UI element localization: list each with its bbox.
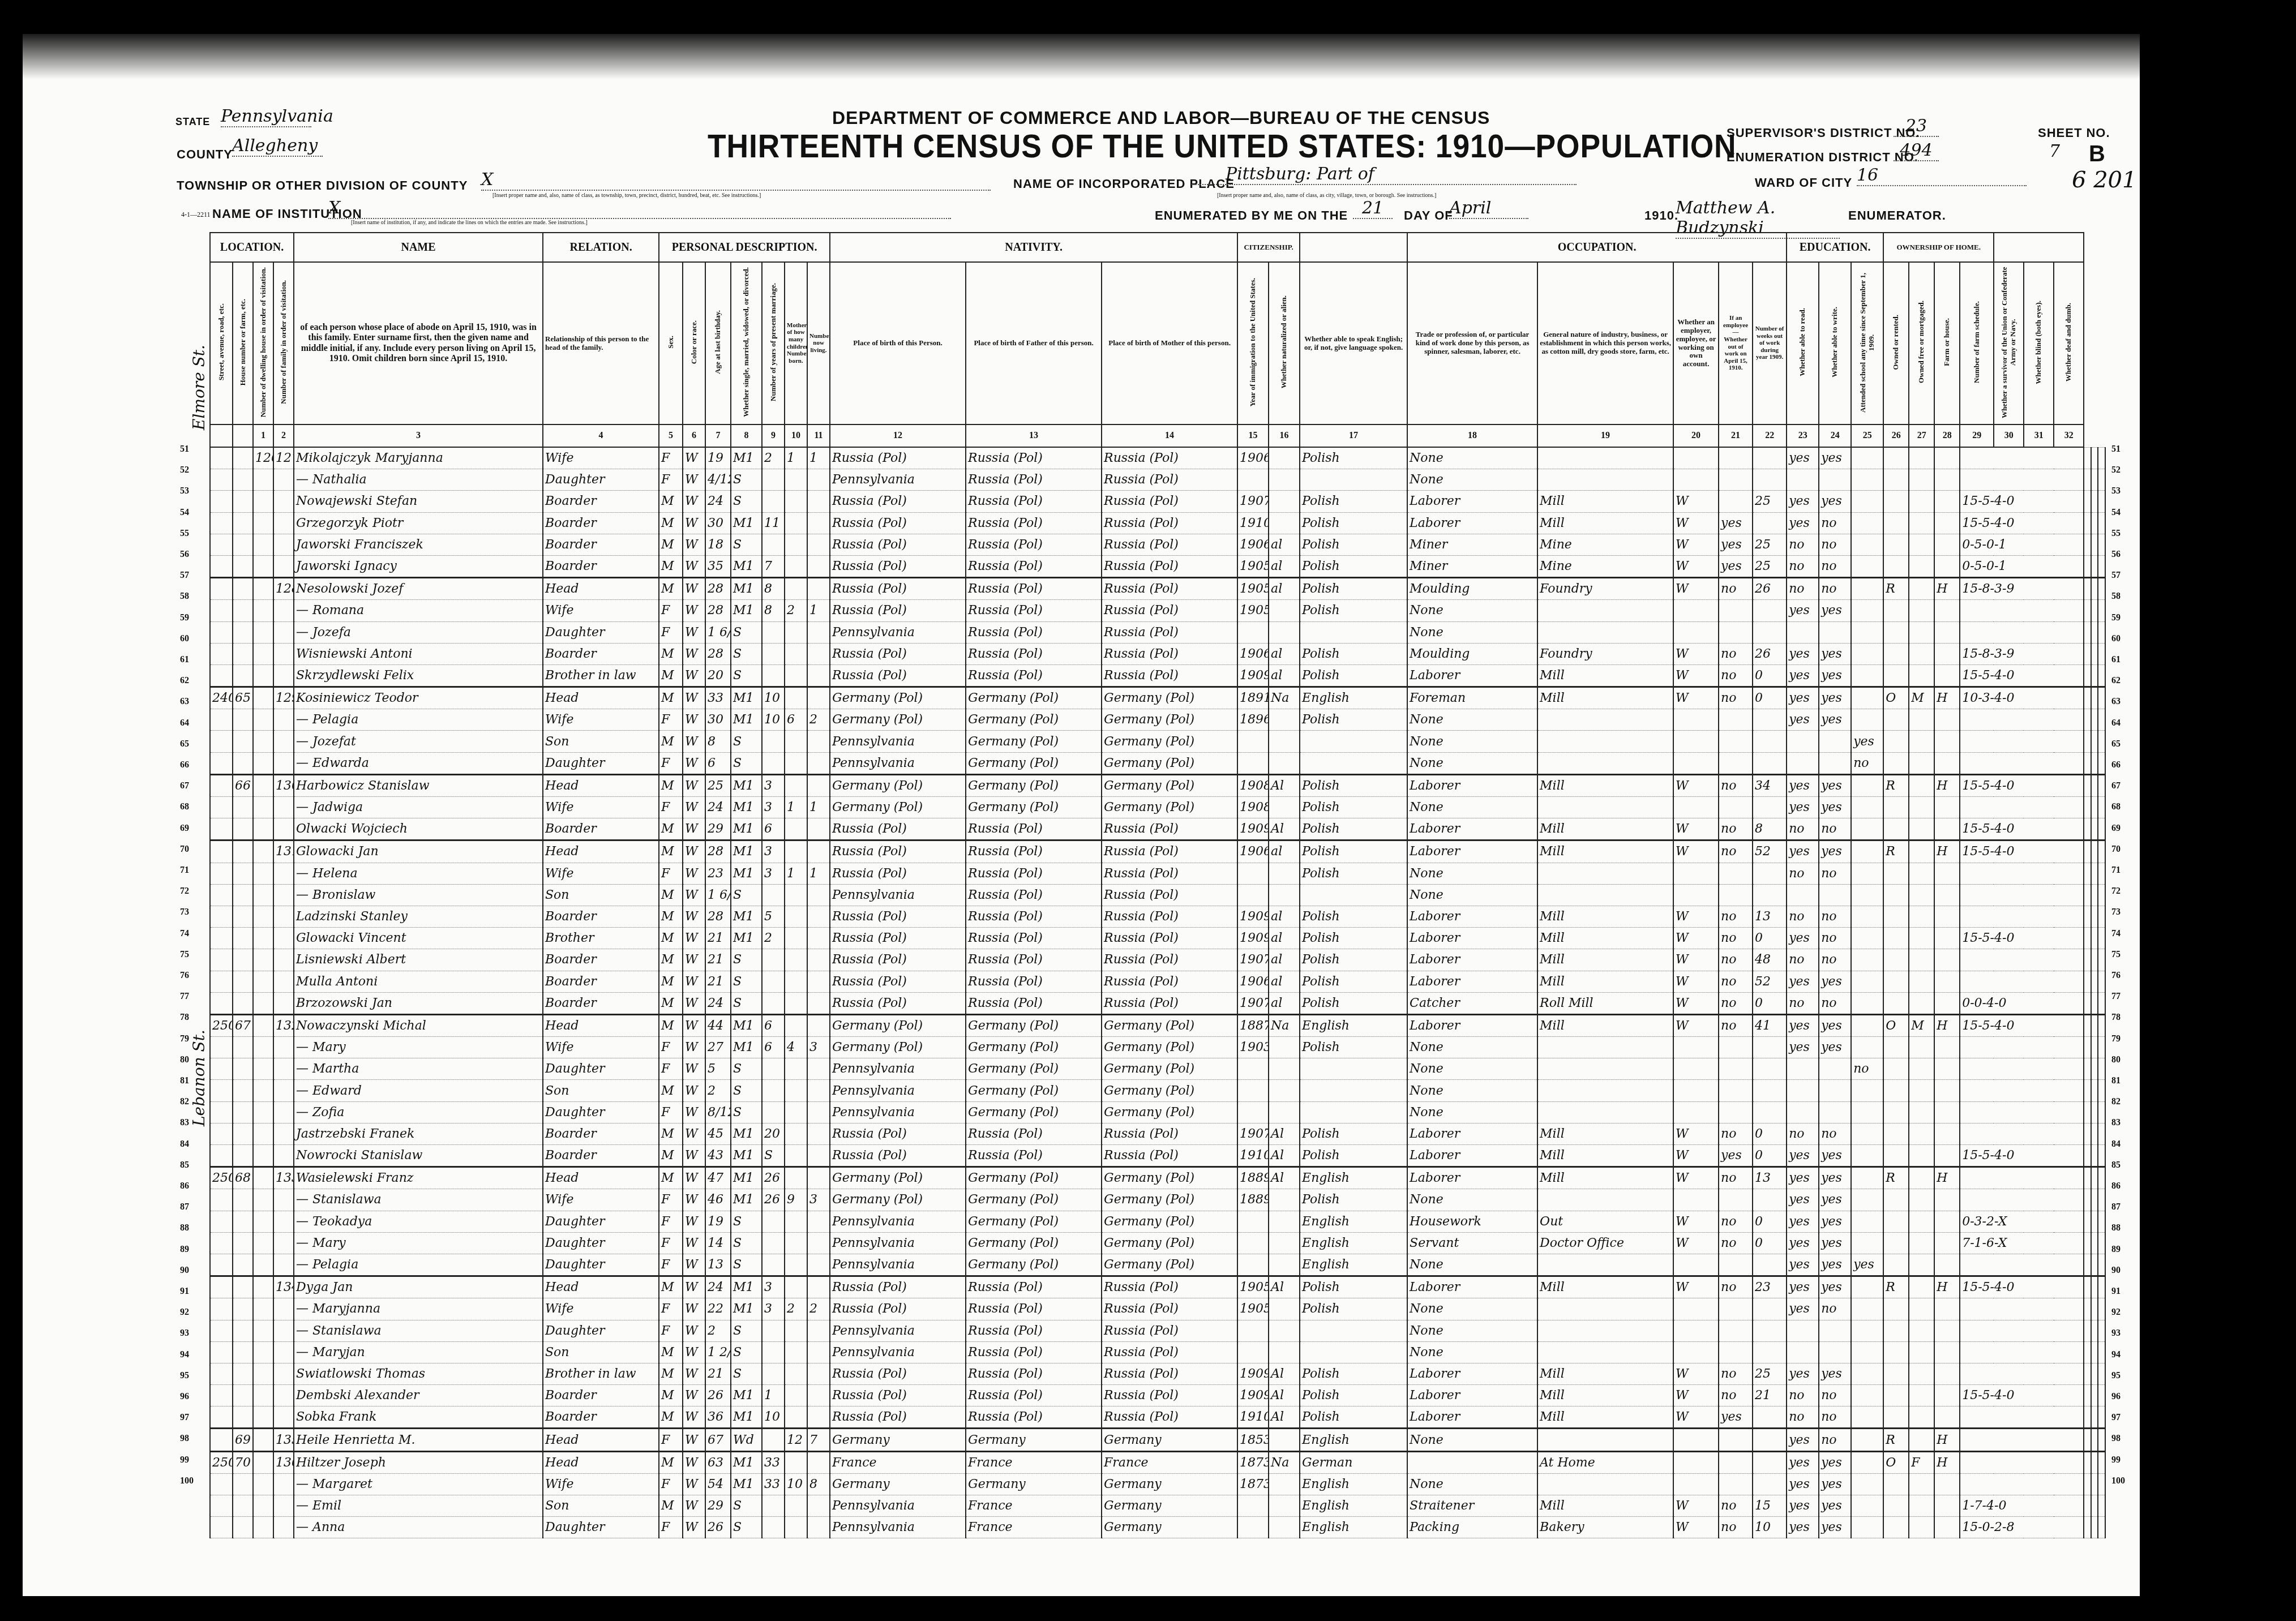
- cell-name: Nowaczynski Michal: [294, 1014, 543, 1036]
- cell-family: [273, 797, 294, 818]
- cell-code: [1960, 1037, 2084, 1058]
- cell-immig: 1910: [1237, 1145, 1269, 1167]
- column-number: 9: [762, 424, 785, 447]
- cell-street: [210, 600, 233, 621]
- cell-born: [785, 774, 807, 796]
- cell-immig: [1237, 621, 1269, 643]
- cell-weeks: [1753, 884, 1787, 906]
- cell-marital: S: [731, 1495, 762, 1517]
- cell-street: [210, 1429, 233, 1451]
- cell-out-of-work: [1719, 797, 1753, 818]
- cell-age: 46: [705, 1189, 731, 1211]
- cell-birth: Russia (Pol): [830, 1298, 966, 1320]
- cell-industry: [1537, 1320, 1673, 1341]
- cell-school: [1851, 512, 1883, 534]
- cell-born: [785, 1123, 807, 1144]
- cell-living: [807, 752, 830, 774]
- cell-years-married: 20: [762, 1123, 785, 1144]
- cell-free: [1909, 752, 1934, 774]
- cell-veteran: [2084, 1276, 2091, 1298]
- cell-family: [273, 600, 294, 621]
- cell-street: [210, 1211, 233, 1232]
- table-row: 128Nesolowski JozefHeadMW28M18Russia (Po…: [210, 578, 2105, 600]
- col-employer-class: Whether an employer, employee, or workin…: [1673, 262, 1719, 424]
- cell-relation: Wife: [543, 797, 659, 818]
- cell-out-of-work: [1719, 1341, 1753, 1363]
- cell-farm: [1934, 1363, 1960, 1384]
- table-row: — MaryjanSonMW1 2/12SPennsylvaniaRussia …: [210, 1341, 2105, 1363]
- cell-birth: Russia (Pol): [830, 928, 966, 949]
- cell-own: [1883, 1473, 1909, 1495]
- cell-weeks: 25: [1753, 491, 1787, 512]
- incorporated-place-hint: [Insert proper name and, also, name of c…: [1217, 192, 1436, 199]
- cell-name: Glowacki Vincent: [294, 928, 543, 949]
- cell-own: R: [1883, 774, 1909, 796]
- cell-name: Nowajewski Stefan: [294, 491, 543, 512]
- cell-house: [233, 1517, 253, 1538]
- cell-veteran: [2084, 491, 2091, 512]
- cell-read: yes: [1787, 1517, 1819, 1538]
- cell-immig: 1908: [1237, 797, 1269, 818]
- cell-out-of-work: no: [1719, 1517, 1753, 1538]
- line-number: 84: [2111, 1139, 2121, 1150]
- cell-race: W: [683, 1473, 705, 1495]
- cell-nat: Al: [1269, 1167, 1300, 1189]
- cell-class: [1673, 1254, 1719, 1276]
- cell-race: W: [683, 578, 705, 600]
- cell-street: [210, 752, 233, 774]
- cell-read: [1787, 752, 1819, 774]
- cell-free: [1909, 1254, 1934, 1276]
- cell-school: [1851, 863, 1883, 884]
- cell-born: [785, 1058, 807, 1080]
- cell-out-of-work: no: [1719, 1232, 1753, 1254]
- cell-family: [273, 906, 294, 927]
- cell-deaf: [2098, 1058, 2105, 1080]
- cell-father-birth: Russia (Pol): [966, 621, 1102, 643]
- cell-lang: Polish: [1300, 818, 1407, 840]
- cell-nat: Na: [1269, 687, 1300, 709]
- cell-trade: Laborer: [1407, 949, 1537, 971]
- cell-sex: M: [659, 1451, 683, 1473]
- cell-farm: H: [1934, 840, 1960, 863]
- cell-age: 27: [705, 1037, 731, 1058]
- cell-write: yes: [1819, 643, 1851, 664]
- cell-born: 9: [785, 1189, 807, 1211]
- cell-birth: Pennsylvania: [830, 884, 966, 906]
- cell-immig: 1905: [1237, 600, 1269, 621]
- cell-immig: [1237, 1232, 1269, 1254]
- cell-trade: None: [1407, 863, 1537, 884]
- cell-school: [1851, 555, 1883, 577]
- cell-school: [1851, 709, 1883, 731]
- cell-deaf: [2098, 512, 2105, 534]
- cell-class: [1673, 884, 1719, 906]
- cell-birth: Pennsylvania: [830, 1517, 966, 1538]
- cell-mother-birth: Germany (Pol): [1102, 1014, 1237, 1036]
- column-number: 18: [1407, 424, 1537, 447]
- cell-industry: Mine: [1537, 555, 1673, 577]
- cell-read: [1787, 1058, 1819, 1080]
- cell-years-married: [762, 1517, 785, 1538]
- cell-weeks: 25: [1753, 555, 1787, 577]
- cell-write: yes: [1819, 774, 1851, 796]
- cell-street: [210, 1037, 233, 1058]
- cell-nat: al: [1269, 664, 1300, 687]
- cell-birth: Russia (Pol): [830, 1363, 966, 1384]
- cell-born: [785, 512, 807, 534]
- cell-born: [785, 664, 807, 687]
- cell-name: Ladzinski Stanley: [294, 906, 543, 927]
- cell-mother-birth: Russia (Pol): [1102, 1363, 1237, 1384]
- cell-age: 4/12: [705, 469, 731, 491]
- group-name: NAME: [294, 233, 543, 262]
- cell-years-married: [762, 1429, 785, 1451]
- cell-trade: Laborer: [1407, 818, 1537, 840]
- line-number: 53: [2111, 486, 2121, 496]
- cell-birth: Russia (Pol): [830, 840, 966, 863]
- cell-nat: al: [1269, 949, 1300, 971]
- cell-immig: 1906: [1237, 840, 1269, 863]
- cell-birth: Germany (Pol): [830, 1167, 966, 1189]
- cell-house: [233, 818, 253, 840]
- cell-sex: M: [659, 491, 683, 512]
- cell-blind: [2091, 906, 2098, 927]
- cell-house: [233, 664, 253, 687]
- cell-immig: [1237, 1495, 1269, 1517]
- cell-write: [1819, 1058, 1851, 1080]
- cell-dwelling: [253, 512, 273, 534]
- line-number: 67: [2111, 781, 2121, 791]
- cell-birth: Pennsylvania: [830, 1341, 966, 1363]
- cell-name: Swiatlowski Thomas: [294, 1363, 543, 1384]
- cell-own: [1883, 884, 1909, 906]
- cell-weeks: 0: [1753, 664, 1787, 687]
- cell-father-birth: Russia (Pol): [966, 600, 1102, 621]
- cell-industry: [1537, 731, 1673, 752]
- cell-blind: [2091, 1363, 2098, 1384]
- cell-industry: Mill: [1537, 1014, 1673, 1036]
- cell-father-birth: Germany (Pol): [966, 1232, 1102, 1254]
- cell-trade: None: [1407, 621, 1537, 643]
- punch-hole: [2151, 286, 2170, 312]
- cell-immig: 1906: [1237, 643, 1269, 664]
- cell-school: [1851, 884, 1883, 906]
- cell-years-married: 10: [762, 687, 785, 709]
- line-number: 93: [2111, 1328, 2121, 1339]
- cell-marital: S: [731, 1320, 762, 1341]
- cell-age: 6: [705, 752, 731, 774]
- cell-school: [1851, 578, 1883, 600]
- cell-age: 24: [705, 1276, 731, 1298]
- cell-living: 3: [807, 1189, 830, 1211]
- cell-read: yes: [1787, 1037, 1819, 1058]
- line-number: 51: [180, 444, 189, 454]
- line-number: 69: [180, 824, 189, 834]
- cell-house: [233, 1276, 253, 1298]
- cell-sex: F: [659, 709, 683, 731]
- cell-write: yes: [1819, 687, 1851, 709]
- cell-veteran: [2084, 1473, 2091, 1495]
- cell-living: [807, 1232, 830, 1254]
- table-row: 69135Heile Henrietta M.HeadFW67Wd127Germ…: [210, 1429, 2105, 1451]
- cell-street: [210, 621, 233, 643]
- cell-house: [233, 731, 253, 752]
- col-write: Whether able to write.: [1831, 307, 1839, 378]
- cell-class: W: [1673, 1167, 1719, 1189]
- cell-relation: Boarder: [543, 992, 659, 1014]
- column-number: 16: [1269, 424, 1300, 447]
- cell-out-of-work: [1719, 1451, 1753, 1473]
- cell-industry: [1537, 1101, 1673, 1123]
- cell-years-married: 5: [762, 906, 785, 927]
- cell-name: — Zofia: [294, 1101, 543, 1123]
- cell-deaf: [2098, 1451, 2105, 1473]
- cell-immig: 1909: [1237, 664, 1269, 687]
- cell-blind: [2091, 687, 2098, 709]
- cell-years-married: [762, 949, 785, 971]
- cell-free: [1909, 469, 1934, 491]
- cell-farm: [1934, 928, 1960, 949]
- cell-trade: Laborer: [1407, 1123, 1537, 1144]
- cell-weeks: [1753, 1341, 1787, 1363]
- cell-write: [1819, 1101, 1851, 1123]
- cell-marital: M1: [731, 818, 762, 840]
- cell-marital: S: [731, 971, 762, 992]
- cell-code: 0-3-2-X: [1960, 1211, 2084, 1232]
- cell-deaf: [2098, 1232, 2105, 1254]
- cell-read: [1787, 1320, 1819, 1341]
- cell-nat: [1269, 709, 1300, 731]
- table-row: — MaryjannaWifeFW22M1322Russia (Pol)Russ…: [210, 1298, 2105, 1320]
- cell-farm: H: [1934, 1451, 1960, 1473]
- cell-father-birth: Russia (Pol): [966, 884, 1102, 906]
- cell-lang: [1300, 884, 1407, 906]
- cell-born: [785, 1145, 807, 1167]
- cell-family: [273, 1058, 294, 1080]
- cell-years-married: 3: [762, 774, 785, 796]
- cell-dwelling: [253, 949, 273, 971]
- cell-code: 15-5-4-0: [1960, 818, 2084, 840]
- cell-dwelling: [253, 578, 273, 600]
- cell-born: [785, 906, 807, 927]
- cell-school: [1851, 928, 1883, 949]
- cell-marital: M1: [731, 863, 762, 884]
- cell-farm: [1934, 1232, 1960, 1254]
- cell-name: — Edward: [294, 1080, 543, 1101]
- cell-born: [785, 1451, 807, 1473]
- cell-immig: 1906: [1237, 534, 1269, 555]
- cell-dwelling: [253, 1189, 273, 1211]
- cell-farm: [1934, 512, 1960, 534]
- cell-race: W: [683, 664, 705, 687]
- cell-dwelling: [253, 1123, 273, 1144]
- cell-relation: Head: [543, 1276, 659, 1298]
- cell-deaf: [2098, 1101, 2105, 1123]
- cell-father-birth: Germany (Pol): [966, 1080, 1102, 1101]
- line-number: 56: [2111, 550, 2121, 560]
- cell-nat: [1269, 600, 1300, 621]
- cell-lang: Polish: [1300, 1123, 1407, 1144]
- cell-industry: Mill: [1537, 971, 1673, 992]
- cell-street: [210, 447, 233, 469]
- cell-name: — Edwarda: [294, 752, 543, 774]
- cell-father-birth: Russia (Pol): [966, 818, 1102, 840]
- cell-veteran: [2084, 1037, 2091, 1058]
- cell-mother-birth: Russia (Pol): [1102, 1276, 1237, 1298]
- cell-house: [233, 1495, 253, 1517]
- cell-mother-birth: Germany (Pol): [1102, 1189, 1237, 1211]
- cell-marital: M1: [731, 687, 762, 709]
- table-row: 134Dyga JanHeadMW24M13Russia (Pol)Russia…: [210, 1276, 2105, 1298]
- cell-school: [1851, 1101, 1883, 1123]
- cell-class: [1673, 1429, 1719, 1451]
- cell-relation: Head: [543, 687, 659, 709]
- cell-school: [1851, 1451, 1883, 1473]
- cell-out-of-work: [1719, 1101, 1753, 1123]
- group-relation: RELATION.: [543, 233, 659, 262]
- cell-read: [1787, 1080, 1819, 1101]
- line-number: 93: [180, 1328, 189, 1339]
- cell-immig: 1889: [1237, 1167, 1269, 1189]
- cell-nat: [1269, 447, 1300, 469]
- table-row: — EdwardaDaughterFW6SPennsylvaniaGermany…: [210, 752, 2105, 774]
- cell-class: [1673, 1320, 1719, 1341]
- cell-mother-birth: Russia (Pol): [1102, 928, 1237, 949]
- cell-farm: [1934, 1298, 1960, 1320]
- cell-years-married: 7: [762, 555, 785, 577]
- column-number: 8: [731, 424, 762, 447]
- cell-immig: 1905: [1237, 1276, 1269, 1298]
- cell-born: [785, 643, 807, 664]
- cell-father-birth: Russia (Pol): [966, 1406, 1102, 1429]
- cell-immig: [1237, 731, 1269, 752]
- cell-race: W: [683, 1211, 705, 1232]
- cell-nat: [1269, 1101, 1300, 1123]
- cell-out-of-work: [1719, 709, 1753, 731]
- cell-lang: Polish: [1300, 949, 1407, 971]
- cell-class: [1673, 797, 1719, 818]
- cell-blind: [2091, 643, 2098, 664]
- cell-race: W: [683, 555, 705, 577]
- cell-out-of-work: no: [1719, 928, 1753, 949]
- cell-marital: M1: [731, 709, 762, 731]
- cell-nat: Na: [1269, 1451, 1300, 1473]
- cell-read: [1787, 884, 1819, 906]
- cell-name: — Mary: [294, 1037, 543, 1058]
- col-years-married: Number of years of present marriage.: [769, 283, 778, 401]
- cell-mother-birth: Russia (Pol): [1102, 1385, 1237, 1406]
- column-number: 15: [1237, 424, 1269, 447]
- cell-weeks: [1753, 1189, 1787, 1211]
- line-number: 73: [2111, 907, 2121, 917]
- cell-deaf: [2098, 1320, 2105, 1341]
- cell-code: [1960, 949, 2084, 971]
- cell-sex: M: [659, 512, 683, 534]
- cell-father-birth: Russia (Pol): [966, 1298, 1102, 1320]
- cell-class: W: [1673, 643, 1719, 664]
- cell-years-married: 2: [762, 447, 785, 469]
- cell-blind: [2091, 971, 2098, 992]
- table-row: 250570136Hiltzer JosephHeadMW63M133Franc…: [210, 1451, 2105, 1473]
- cell-sex: M: [659, 731, 683, 752]
- cell-school: [1851, 491, 1883, 512]
- cell-born: [785, 687, 807, 709]
- cell-name: Wasielewski Franz: [294, 1167, 543, 1189]
- cell-out-of-work: yes: [1719, 512, 1753, 534]
- cell-weeks: 21: [1753, 1385, 1787, 1406]
- cell-birth: Russia (Pol): [830, 949, 966, 971]
- enumeration-district-label: ENUMERATION DISTRICT NO.: [1727, 150, 1918, 165]
- cell-age: 47: [705, 1167, 731, 1189]
- cell-veteran: [2084, 512, 2091, 534]
- cell-house: [233, 992, 253, 1014]
- cell-age: 63: [705, 1451, 731, 1473]
- cell-birth: Pennsylvania: [830, 731, 966, 752]
- cell-marital: M1: [731, 1385, 762, 1406]
- cell-trade: None: [1407, 1473, 1537, 1495]
- cell-write: [1819, 1320, 1851, 1341]
- cell-out-of-work: yes: [1719, 555, 1753, 577]
- line-number: 62: [180, 676, 189, 686]
- cell-sex: F: [659, 1254, 683, 1276]
- cell-name: Heile Henrietta M.: [294, 1429, 543, 1451]
- cell-school: [1851, 840, 1883, 863]
- line-number: 75: [2111, 950, 2121, 960]
- cell-years-married: 1: [762, 1385, 785, 1406]
- cell-street: [210, 1254, 233, 1276]
- sheet-label: SHEET NO.: [2038, 126, 2110, 140]
- cell-birth: Germany (Pol): [830, 1014, 966, 1036]
- county-label: COUNTY: [177, 147, 233, 162]
- line-number: 76: [2111, 971, 2121, 981]
- cell-dwelling: [253, 906, 273, 927]
- cell-street: [210, 731, 233, 752]
- cell-blind: [2091, 1385, 2098, 1406]
- cell-read: yes: [1787, 664, 1819, 687]
- table-row: 250367132Nowaczynski MichalHeadMW44M16Ge…: [210, 1014, 2105, 1036]
- cell-nat: Al: [1269, 1406, 1300, 1429]
- line-number: 73: [180, 907, 189, 917]
- cell-class: [1673, 1189, 1719, 1211]
- cell-years-married: [762, 1211, 785, 1232]
- cell-deaf: [2098, 1167, 2105, 1189]
- cell-write: yes: [1819, 1363, 1851, 1384]
- cell-blind: [2091, 884, 2098, 906]
- col-free-mortgaged: Owned free or mortgaged.: [1917, 301, 1926, 383]
- cell-out-of-work: yes: [1719, 1145, 1753, 1167]
- cell-lang: [1300, 1080, 1407, 1101]
- cell-relation: Son: [543, 884, 659, 906]
- cell-code: [1960, 1189, 2084, 1211]
- cell-mother-birth: Russia (Pol): [1102, 664, 1237, 687]
- cell-street: [210, 555, 233, 577]
- cell-age: 2: [705, 1080, 731, 1101]
- cell-read: [1787, 1101, 1819, 1123]
- cell-trade: Miner: [1407, 555, 1537, 577]
- cell-code: [1960, 731, 2084, 752]
- cell-relation: Boarder: [543, 1123, 659, 1144]
- line-number: 65: [180, 739, 189, 749]
- table-row: 240365129Kosiniewicz TeodorHeadMW33M110G…: [210, 687, 2105, 709]
- cell-dwelling: [253, 1385, 273, 1406]
- cell-race: W: [683, 1495, 705, 1517]
- cell-read: yes: [1787, 1232, 1819, 1254]
- cell-relation: Daughter: [543, 1232, 659, 1254]
- cell-marital: M1: [731, 1123, 762, 1144]
- cell-age: 28: [705, 906, 731, 927]
- cell-birth: Russia (Pol): [830, 971, 966, 992]
